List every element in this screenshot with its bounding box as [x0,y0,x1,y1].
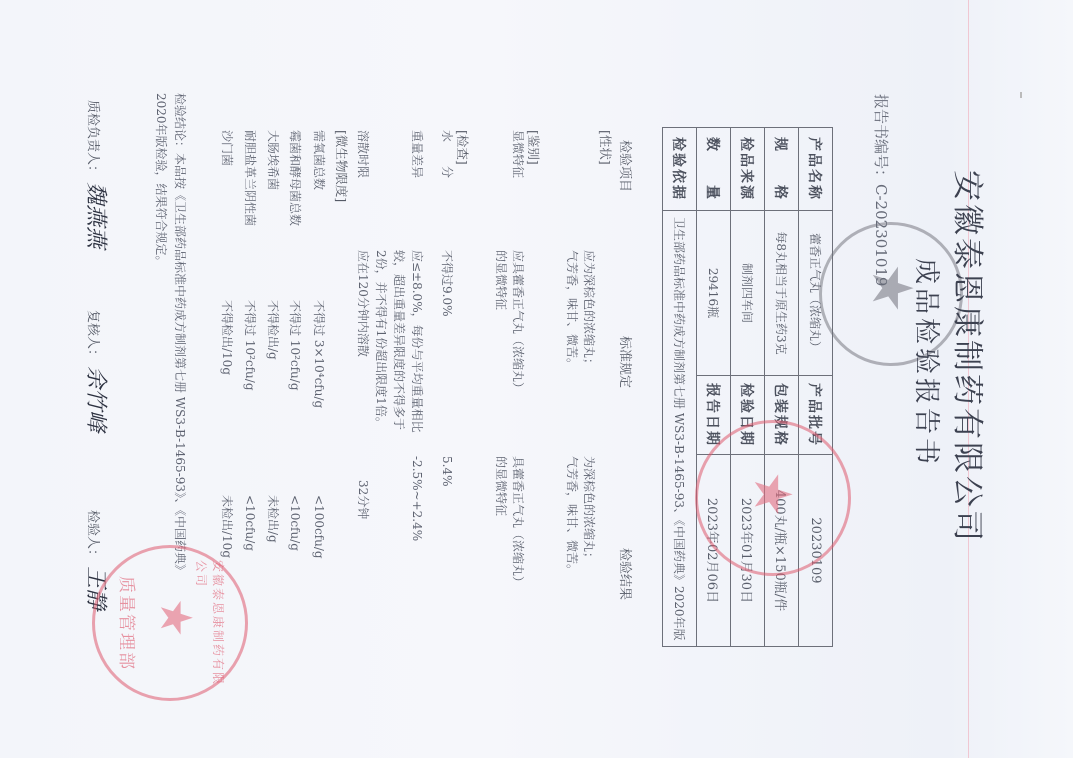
item-aerobic-count: 需氧菌总数 [310,130,327,190]
value-product-name: 藿香正气丸（浓缩丸） [799,211,833,376]
conclusion-line-2: 2020年版检验，结果符合规定。 [151,93,170,576]
column-header-standard: 标准规定 [617,336,636,388]
column-header-result: 检验结果 [617,548,636,600]
review-signature: 复核人： 余竹峰 [82,310,113,432]
standard-salmonella: 不得检出/10g [218,300,235,375]
result-moisture: 5.4% [438,456,455,487]
standard-microscopy-2: 的显微特征 [492,250,509,310]
standard-character-1: 应为深棕色的浓缩丸； [580,250,597,370]
item-bile-tolerant: 耐胆盐革兰阴性菌 [241,130,258,226]
item-moisture: 水 分 [438,130,455,178]
review-handwritten-signature: 余竹峰 [83,366,108,432]
report-number-value: C-20230101​9 [872,184,890,286]
star-icon: ★ [150,598,201,637]
result-disintegration: 32分钟 [354,480,371,519]
section-inspection: [检查] [454,130,472,165]
section-character: [性状] [597,130,615,165]
table-row: 检验依据 卫生部药品标准中药成方制剂第七册 WS3-B-1465-93、《中国药… [663,128,697,647]
result-character-2: 气芳香，味甘、微苦。 [563,456,580,576]
qc-handwritten-signature: 魏燕燕 [83,182,108,248]
section-identification: [鉴别] [525,130,543,165]
standard-moisture: 不得过9.0% [438,250,455,317]
value-test-basis: 卫生部药品标准中药成方制剂第七册 WS3-B-1465-93、《中国药典》202… [663,211,697,647]
standard-e-coli: 不得检出/g [264,300,281,360]
test-conclusion: 检验结论：本品按《卫生部药品标准中药成方制剂第七册 WS3-B-1465-93》… [151,93,189,576]
label-quantity: 数 量 [697,128,731,211]
result-e-coli: 未检出/g [264,495,281,543]
review-label: 复核人： [85,310,100,362]
qc-signature: 质检负责人： 魏燕燕 [82,100,113,248]
value-quantity: 29416瓶 [697,211,731,376]
item-salmonella: 沙门菌 [218,130,235,166]
column-header-item: 检验项目 [617,140,636,192]
standard-bile-tolerant: 不得过 10²cfu/g [241,300,258,391]
star-icon: ★ [742,471,802,518]
item-weight-variation: 重量差异 [408,130,425,178]
standard-weight-variation-2: 较，超出重量差异限度的不得多于 [390,250,407,430]
red-qc-department-stamp: 安徽泰恩康制药有限公司 ★ 质量管理部 [92,545,248,701]
standard-microscopy-1: 应具藿香正气丸（浓缩丸） [509,250,526,394]
standard-weight-variation-1: 应≤±8.0%，每份与平均重量相比 [408,250,425,433]
section-microbial: [微生物限度] [333,130,351,202]
value-spec: 每8丸相当于原生药3克 [765,211,799,376]
label-test-basis: 检验依据 [663,128,697,211]
qc-label: 质检负责人： [85,100,100,178]
result-microscopy-2: 的显微特征 [492,456,509,516]
item-mold-yeast: 霉菌和酵母菌总数 [286,130,303,226]
result-salmonella: 未检出/10g [218,495,235,558]
result-weight-variation: -2.5%~+2.4% [408,456,425,541]
value-sample-source: 制剂四车间 [731,211,765,376]
result-aerobic-count: <100cfu/g [310,495,327,559]
label-sample-source: 检品来源 [731,128,765,211]
item-e-coli: 大肠埃希菌 [264,130,281,190]
standard-weight-variation-3: 2份，并不得有1份超出限度1倍。 [372,250,389,429]
report-number-label: 报告书编号： [872,94,890,184]
conclusion-line-1: 检验结论：本品按《卫生部药品标准中药成方制剂第七册 WS3-B-1465-93》… [170,93,189,576]
standard-aerobic-count: 不得过 3×10⁴cfu/g [310,300,327,408]
result-bile-tolerant: <10cfu/g [241,495,258,551]
result-mold-yeast: <10cfu/g [286,495,303,551]
table-row: 数 量 29416瓶 报告日期 2023年02月06日 [697,128,731,647]
report-title: 成品检验报告书 [910,258,947,468]
label-spec: 规 格 [765,128,799,211]
item-microscopy: 显微特征 [509,130,526,178]
report-page: ★ 安徽泰恩康制药有限公司 成品检验报告书 报告书编号：C-20230101​9… [0,0,1073,758]
standard-disintegration: 应在120分钟内溶散 [354,250,371,357]
result-character-1: 为深棕色的浓缩丸； [580,456,597,564]
standard-mold-yeast: 不得过 10²cfu/g [286,300,303,391]
result-microscopy-1: 具藿香正气丸（浓缩丸） [509,456,526,588]
item-disintegration: 溶散时限 [354,130,371,178]
company-name: 安徽泰恩康制药有限公司 [948,170,993,544]
inspector-label: 检验人： [85,510,100,562]
stamp-center-text: 质量管理部 [116,576,141,671]
red-date-stamp: ★ [695,420,851,576]
standard-character-2: 气芳香，味甘、微苦。 [563,250,580,370]
label-product-name: 产品名称 [799,128,833,211]
report-number: 报告书编号：C-20230101​9 [871,94,892,286]
